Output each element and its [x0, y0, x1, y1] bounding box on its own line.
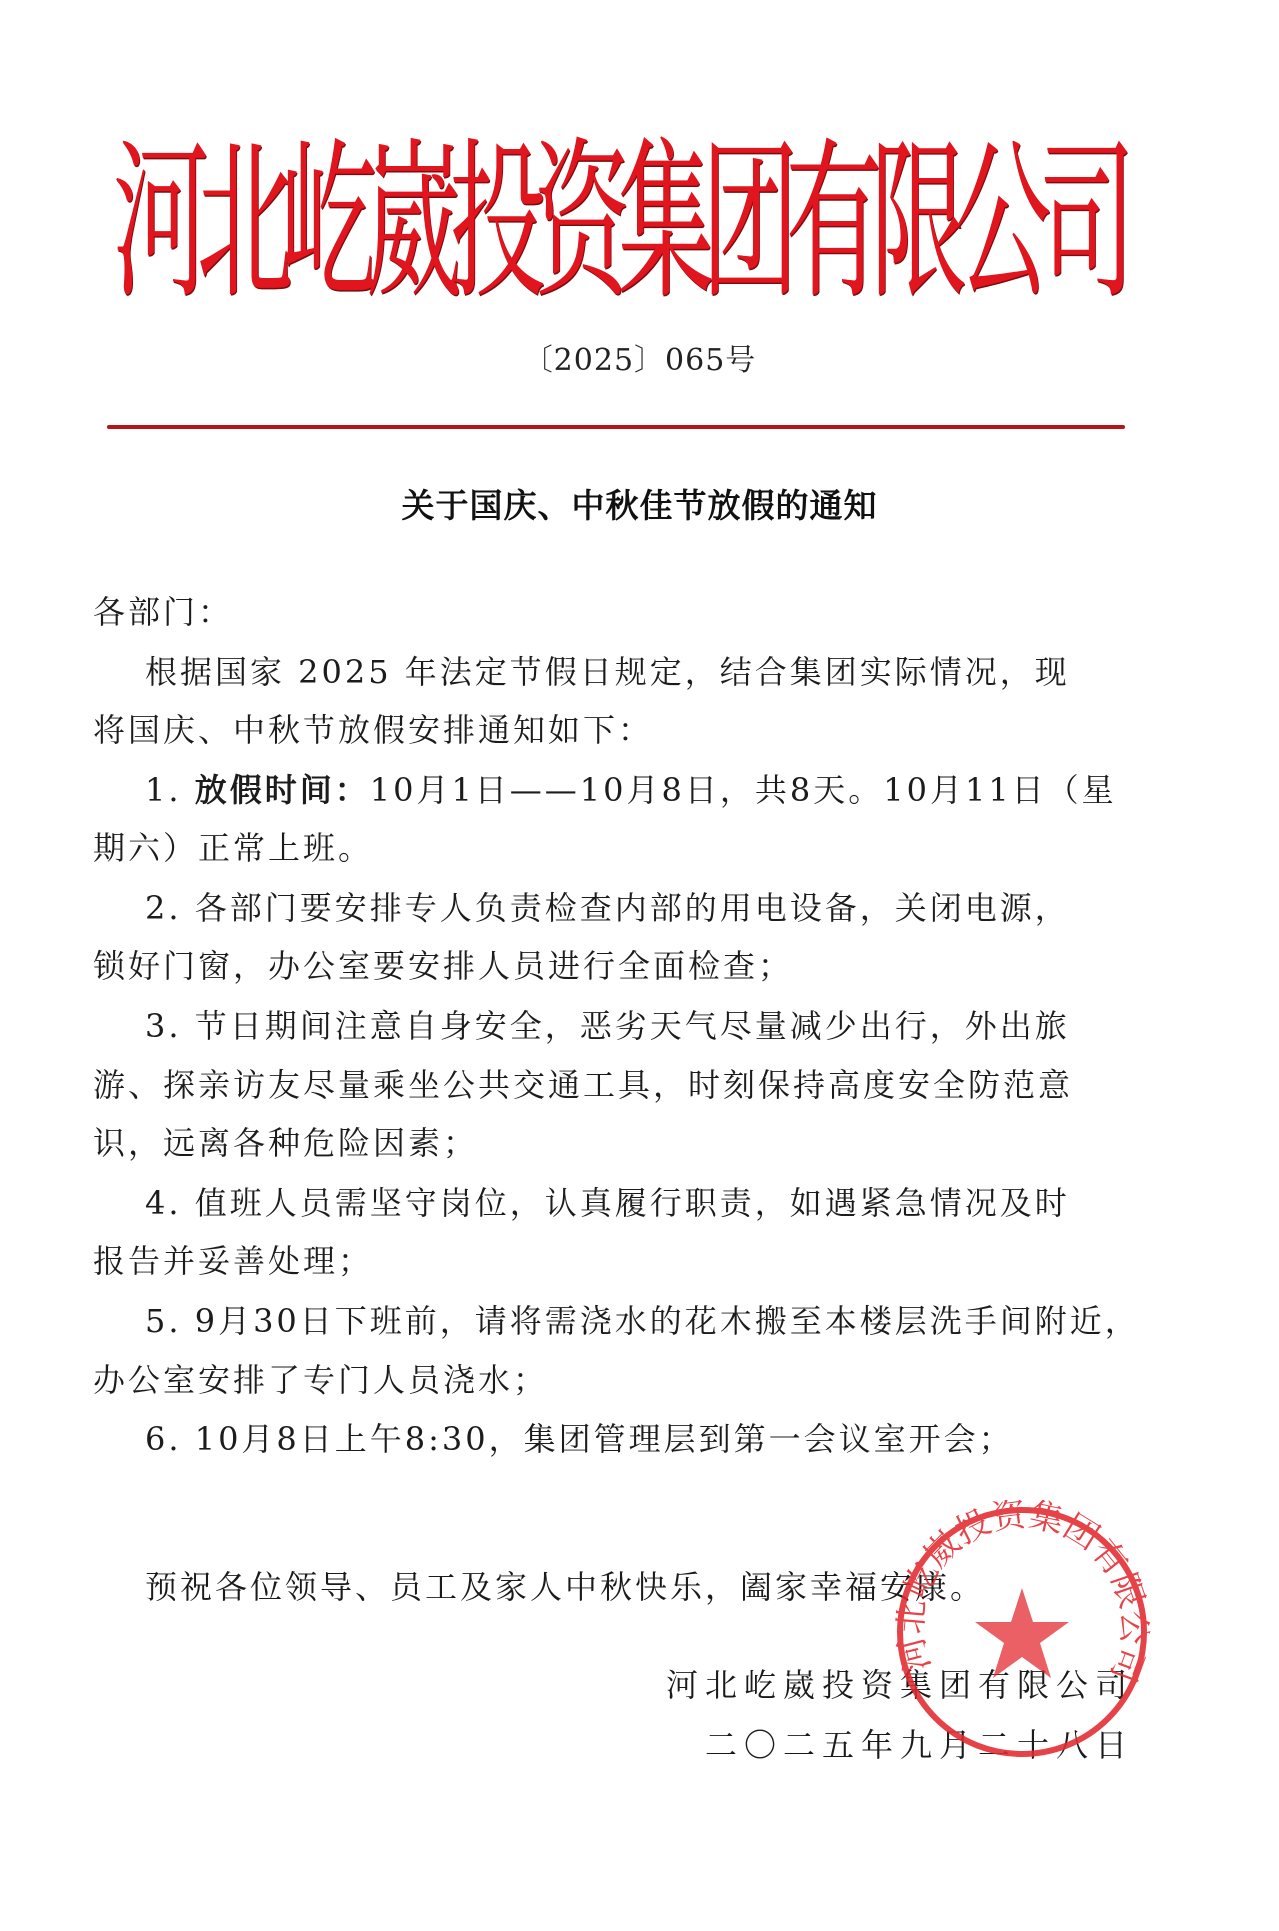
item-2: 2. 各部门要安排专人负责检查内部的用电设备，关闭电源，: [145, 883, 1070, 929]
item-1-line-2: 期六）正常上班。: [93, 823, 373, 869]
item-4: 4. 值班人员需坚守岗位，认真履行职责，如遇紧急情况及时: [145, 1178, 1070, 1224]
item-bold-label: 放假时间：: [195, 771, 370, 809]
item-number: 2.: [145, 889, 182, 927]
masthead-char: 公: [954, 96, 1023, 350]
item-text: 各部门要安排专人负责检查内部的用电设备，关闭电源，: [195, 889, 1070, 927]
masthead-char: 崴: [365, 96, 434, 350]
item-3-line-2: 游、探亲访友尽量乘坐公共交通工具，时刻保持高度安全防范意: [93, 1060, 1073, 1106]
notice-document: 河 北 屹 崴 投 资 集 团 有 限 公 司 〔2025〕065号 关于国庆、…: [0, 0, 1279, 1931]
item-text: 10月8日上午8:30，集团管理层到第一会议室开会；: [195, 1420, 1014, 1458]
item-number: 1.: [145, 771, 182, 809]
item-text: 10月1日——10月8日，共8天。10月11日（星: [370, 771, 1117, 809]
masthead-char: 河: [113, 96, 182, 350]
official-seal: 河北屹崴投资集团有限公司: [890, 1500, 1155, 1765]
item-text: 节日期间注意自身安全，恶劣天气尽量减少出行，外出旅: [195, 1007, 1070, 1045]
masthead-char: 资: [533, 96, 602, 350]
item-number: 5.: [145, 1302, 182, 1340]
item-2-line-2: 锁好门窗，办公室要安排人员进行全面检查；: [93, 941, 793, 987]
star-icon: [975, 1588, 1069, 1678]
item-5-line-2: 办公室安排了专门人员浇水；: [93, 1355, 548, 1401]
notice-title: 关于国庆、中秋佳节放假的通知: [0, 480, 1279, 527]
item-1: 1. 放假时间：10月1日——10月8日，共8天。10月11日（星: [145, 765, 1117, 811]
masthead-company-name: 河 北 屹 崴 投 资 集 团 有 限 公 司: [105, 135, 1115, 310]
masthead-char: 集: [618, 96, 687, 350]
item-4-line-2: 报告并妥善处理；: [93, 1236, 373, 1282]
item-number: 3.: [145, 1007, 182, 1045]
item-number: 4.: [145, 1184, 182, 1222]
closing-greeting: 预祝各位领导、员工及家人中秋快乐，阖家幸福安康。: [145, 1562, 985, 1608]
item-number: 6.: [145, 1420, 182, 1458]
masthead-char: 屹: [281, 96, 350, 350]
item-text: 值班人员需坚守岗位，认真履行职责，如遇紧急情况及时: [195, 1184, 1070, 1222]
intro-line-2: 将国庆、中秋节放假安排通知如下：: [93, 705, 653, 751]
masthead-char: 司: [1038, 96, 1107, 350]
masthead-char: 限: [870, 96, 939, 350]
red-divider: [107, 425, 1125, 429]
item-6: 6. 10月8日上午8:30，集团管理层到第一会议室开会；: [145, 1414, 1014, 1460]
masthead-char: 北: [197, 96, 266, 350]
masthead-char: 有: [786, 96, 855, 350]
salutation: 各部门：: [93, 587, 233, 633]
item-text: 9月30日下班前，请将需浇水的花木搬至本楼层洗手间附近，: [195, 1302, 1140, 1340]
masthead-char: 投: [449, 96, 518, 350]
item-3-line-3: 识，远离各种危险因素；: [93, 1118, 478, 1164]
item-5: 5. 9月30日下班前，请将需浇水的花木搬至本楼层洗手间附近，: [145, 1296, 1140, 1342]
document-number: 〔2025〕065号: [0, 335, 1279, 379]
item-3: 3. 节日期间注意自身安全，恶劣天气尽量减少出行，外出旅: [145, 1001, 1070, 1047]
intro-line-1: 根据国家 2025 年法定节假日规定，结合集团实际情况，现: [145, 647, 1070, 693]
masthead-char: 团: [702, 96, 771, 350]
